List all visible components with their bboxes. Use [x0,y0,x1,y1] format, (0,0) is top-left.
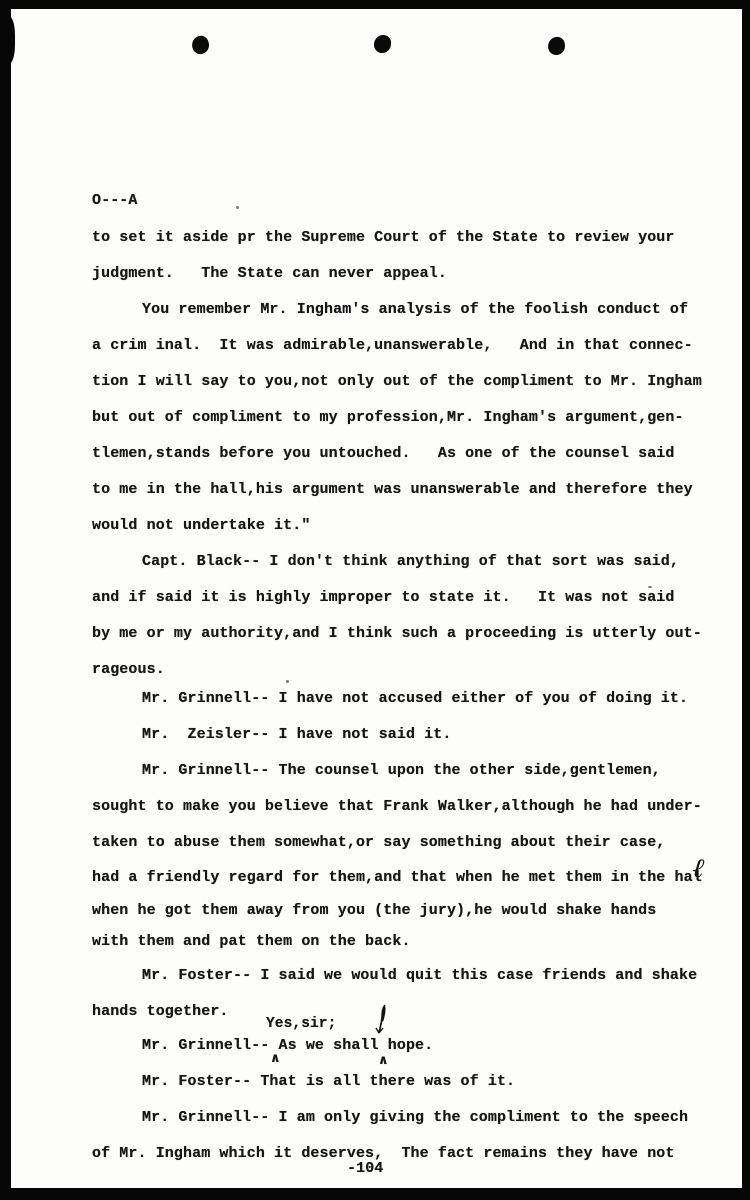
insertion-caret-left: ∧ [270,1052,281,1065]
transcript-line: by me or my authority,and I think such a… [92,625,702,642]
scan-speck [648,586,652,588]
hole-punch-mark-center [373,34,391,53]
transcript-line: to set it aside pr the Supreme Court of … [92,229,675,246]
transcript-line: Mr. Foster-- I said we would quit this c… [142,967,697,984]
transcript-line: Capt. Black-- I don't think anything of … [142,553,679,570]
page-number: -104 [347,1160,383,1177]
transcript-line: to me in the hall,his argument was unans… [92,481,693,498]
transcript-line: with them and pat them on the back. [92,933,411,950]
exhibit-code: O---A [92,192,138,209]
transcript-line: a crim inal. It was admirable,unanswerab… [92,337,693,354]
scan-top-edge [0,0,750,9]
transcript-line: Mr. Grinnell-- I am only giving the comp… [142,1109,688,1126]
hole-punch-mark-left [190,34,211,56]
insertion-caret-right: ∧ [378,1054,389,1067]
transcript-line: sought to make you believe that Frank Wa… [92,798,702,815]
pen-mark-icon [372,1003,390,1039]
transcript-line: had a friendly regard for them,and that … [92,869,702,886]
transcript-line: but out of compliment to my profession,M… [92,409,684,426]
hole-punch-mark-right [547,36,566,56]
scan-speck [236,206,239,209]
transcript-line: and if said it is highly improper to sta… [92,589,675,606]
transcript-line: taken to abuse them somewhat,or say some… [92,834,665,851]
transcript-line: Mr. Zeisler-- I have not said it. [142,726,451,743]
transcript-line: tlemen,stands before you untouched. As o… [92,445,675,462]
transcript-line: tion I will say to you,not only out of t… [92,373,702,390]
scanned-page: O---A to set it aside pr the Supreme Cou… [0,0,750,1200]
transcript-line: hands together. [92,1003,229,1020]
transcript-line: You remember Mr. Ingham's analysis of th… [142,301,688,318]
transcript-line: would not undertake it." [92,517,310,534]
transcript-line: judgment. The State can never appeal. [92,265,447,282]
scan-left-edge-blot [0,16,15,64]
scan-right-edge [742,0,750,1200]
scan-left-edge [0,0,11,1200]
transcript-line: Mr. Grinnell-- The counsel upon the othe… [142,762,661,779]
transcript-line: Mr. Foster-- That is all there was of it… [142,1073,515,1090]
transcript-line: when he got them away from you (the jury… [92,902,656,919]
transcript-line: Mr. Grinnell-- I have not accused either… [142,690,688,707]
scan-bottom-edge [0,1188,750,1200]
scan-speck [286,680,289,683]
transcript-line: Mr. Grinnell-- As we shall hope. [142,1037,433,1054]
handwritten-el: ℓ [692,854,706,882]
inserted-annotation: Yes,sir; [266,1016,336,1033]
transcript-line: rageous. [92,661,165,678]
